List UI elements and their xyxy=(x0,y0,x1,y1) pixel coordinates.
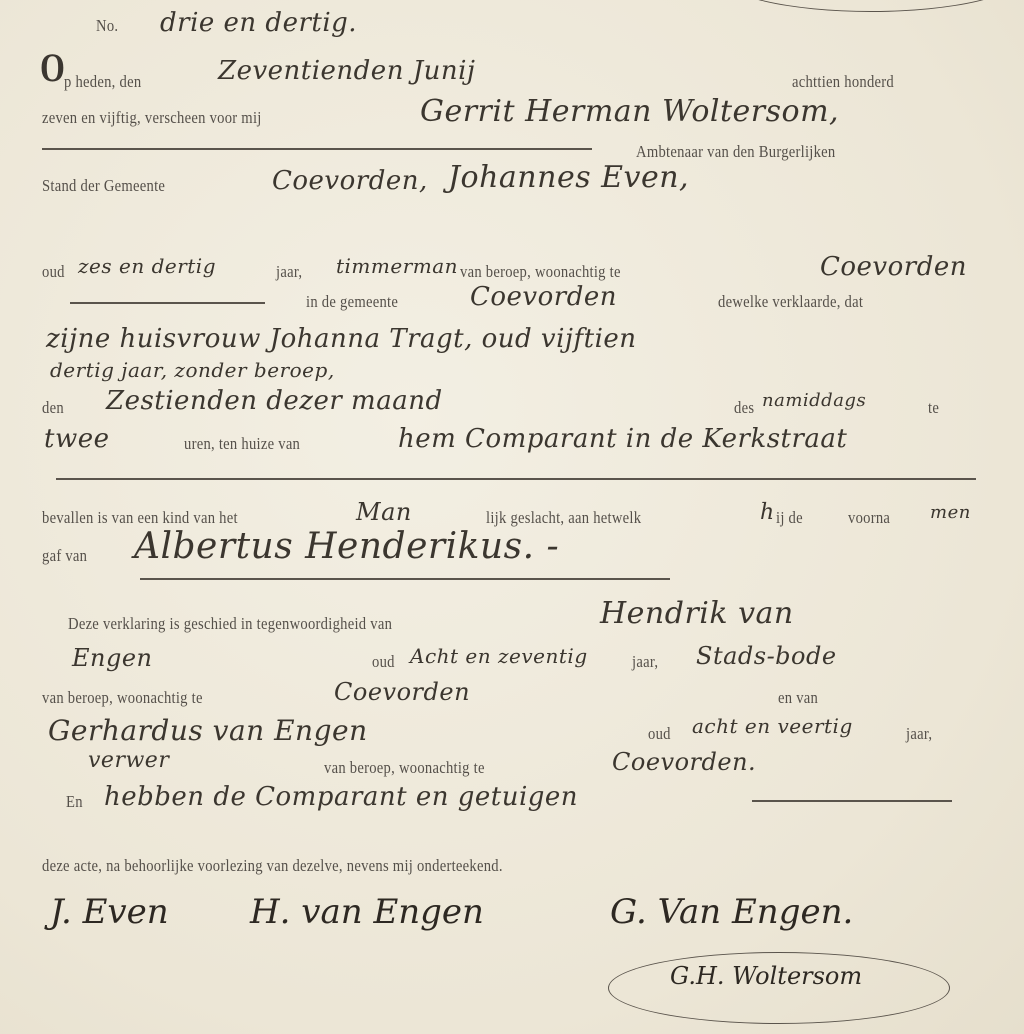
printed-text: ij de xyxy=(776,508,803,528)
printed-text: en van xyxy=(778,688,818,708)
printed-text: oud xyxy=(42,262,65,282)
handwritten-witness1-surname: Engen xyxy=(72,644,153,672)
handwritten-age: zes en dertig xyxy=(78,254,216,278)
printed-text: jaar, xyxy=(906,724,932,744)
handwritten-declarant: Johannes Even, xyxy=(448,160,689,195)
printed-text: te xyxy=(928,398,939,418)
signature-witness1: H. van Engen xyxy=(250,892,484,932)
printed-text: jaar, xyxy=(276,262,302,282)
handwritten-child-name: Albertus Henderikus. - xyxy=(134,526,559,567)
handwritten-witness1-residence: Coevorden xyxy=(334,678,470,706)
printed-text: deze acte, na behoorlijke voorlezing van… xyxy=(42,856,503,876)
handwritten-sex: Man xyxy=(356,498,412,526)
fill-line xyxy=(752,800,952,802)
handwritten-witness1-age: Acht en zeventig xyxy=(410,644,588,668)
printed-text: Deze verklaring is geschied in tegenwoor… xyxy=(68,614,392,634)
record-number: drie en dertig. xyxy=(160,8,357,38)
printed-text: voorna xyxy=(848,508,890,528)
printed-text: En xyxy=(66,792,83,812)
printed-text: gaf van xyxy=(42,546,87,566)
printed-text: van beroep, woonachtig te xyxy=(324,758,485,778)
handwritten-witness1: Hendrik van xyxy=(600,596,794,631)
fill-line xyxy=(42,148,592,150)
handwritten-hour: twee xyxy=(44,424,109,454)
signature-declarant: J. Even xyxy=(50,892,169,932)
fill-line xyxy=(56,478,976,480)
signature-witness2: G. Van Engen. xyxy=(610,892,853,932)
handwritten-witness2-age: acht en veertig xyxy=(692,714,853,738)
handwritten-official-name: Gerrit Herman Woltersom, xyxy=(420,94,839,129)
printed-text: lijk geslacht, aan hetwelk xyxy=(486,508,641,528)
printed-text: van beroep, woonachtig te xyxy=(42,688,203,708)
handwritten-birth-day: Zestienden dezer maand xyxy=(106,386,443,416)
handwritten-witness2-residence: Coevorden. xyxy=(612,748,756,776)
handwritten-daypart: namiddags xyxy=(762,390,866,411)
handwritten-pronoun: h xyxy=(760,500,775,525)
handwritten-residence: Coevorden xyxy=(820,252,967,282)
printed-text: p heden, den xyxy=(64,72,141,92)
drop-cap: O xyxy=(40,44,65,91)
handwritten-municipality: Coevorden xyxy=(470,282,617,312)
handwritten-witness1-occupation: Stads-bode xyxy=(696,642,837,670)
printed-text: dewelke verklaarde, dat xyxy=(718,292,863,312)
printed-text: des xyxy=(734,398,754,418)
printed-text: Ambtenaar van den Burgerlijken xyxy=(636,142,836,162)
child-name-underline xyxy=(140,578,670,580)
handwritten-mother-details: dertig jaar, zonder beroep, xyxy=(50,358,335,382)
handwritten-date: Zeventienden Junij xyxy=(218,56,476,86)
printed-text: oud xyxy=(648,724,671,744)
printed-text: Stand der Gemeente xyxy=(42,176,165,196)
printed-text: jaar, xyxy=(632,652,658,672)
printed-text: achttien honderd xyxy=(792,72,894,92)
printed-text: zeven en vijftig, verscheen voor mij xyxy=(42,108,262,128)
signature-flourish xyxy=(608,952,950,1024)
handwritten-statement: hebben de Comparant en getuigen xyxy=(104,782,578,812)
birth-record-page: No. drie en dertig. O p heden, den Zeven… xyxy=(0,0,1024,1034)
printed-text: van beroep, woonachtig te xyxy=(460,262,621,282)
printed-text: oud xyxy=(372,652,395,672)
number-label: No. xyxy=(96,16,118,36)
printed-text: bevallen is van een kind van het xyxy=(42,508,238,528)
handwritten-place: hem Comparant in de Kerkstraat xyxy=(398,424,847,454)
handwritten-witness2: Gerhardus van Engen xyxy=(48,714,368,747)
handwritten-suffix: men xyxy=(930,502,971,523)
top-flourish xyxy=(720,0,1022,12)
handwritten-municipality: Coevorden, xyxy=(272,166,428,196)
printed-text: den xyxy=(42,398,64,418)
printed-text: uren, ten huize van xyxy=(184,434,300,454)
handwritten-witness2-occupation: verwer xyxy=(88,748,169,773)
fill-line xyxy=(70,302,265,304)
printed-text: in de gemeente xyxy=(306,292,398,312)
handwritten-occupation: timmerman xyxy=(336,254,458,278)
handwritten-mother: zijne huisvrouw Johanna Tragt, oud vijft… xyxy=(46,324,637,354)
